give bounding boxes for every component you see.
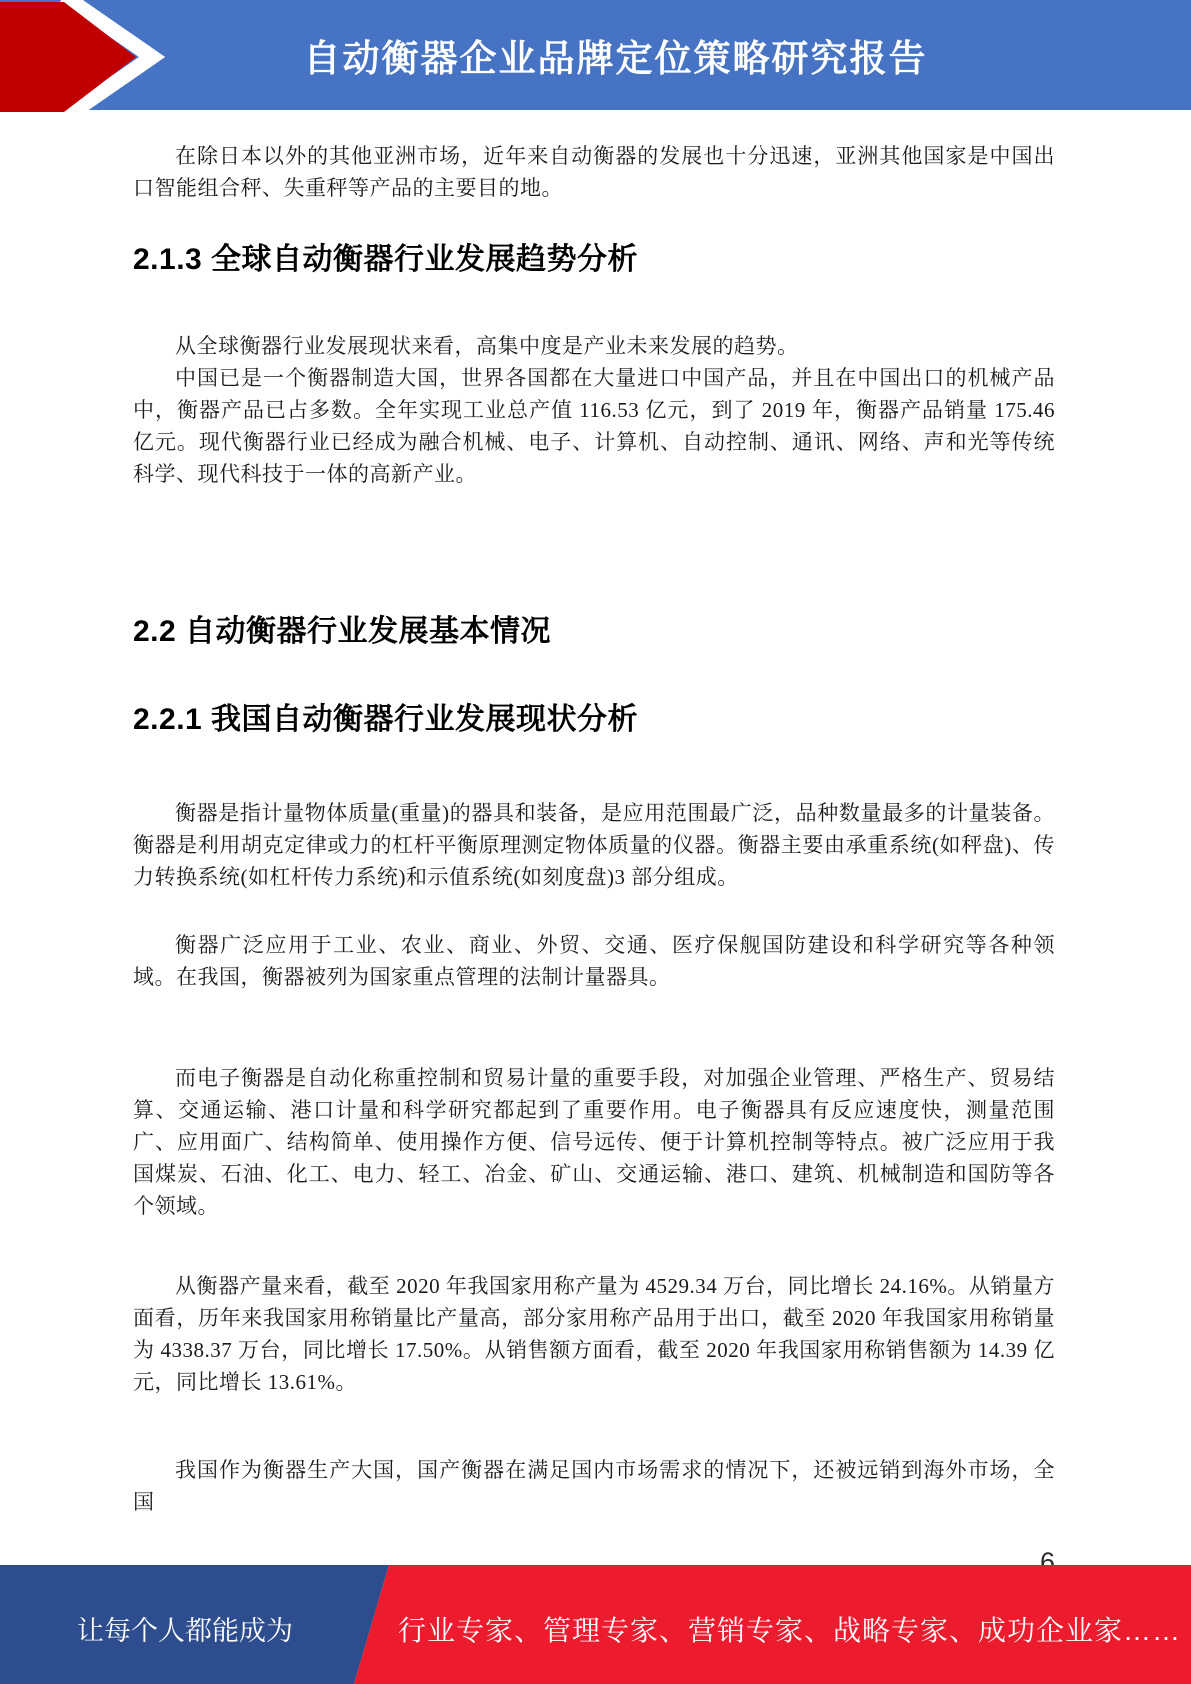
paragraph-application: 衡器广泛应用于工业、农业、商业、外贸、交通、医疗保舰国防建设和科学研究等各种领域… <box>133 929 1055 993</box>
paragraph-trend: 从全球衡器行业发展现状来看，高集中度是产业未来发展的趋势。 <box>133 330 1055 362</box>
footer-banner: 让每个人都能成为 行业专家、管理专家、营销专家、战略专家、成功企业家…… <box>0 1565 1191 1684</box>
footer-slogan-right: 行业专家、管理专家、营销专家、战略专家、成功企业家…… <box>398 1565 1191 1684</box>
heading-2-2-1: 2.2.1 我国自动衡器行业发展现状分析 <box>133 698 1055 742</box>
header-banner: 自动衡器企业品牌定位策略研究报告 <box>0 0 1191 110</box>
footer-slogan-left: 让每个人都能成为 <box>0 1565 370 1684</box>
paragraph-intro: 在除日本以外的其他亚洲市场，近年来自动衡器的发展也十分迅速，亚洲其他国家是中国出… <box>133 140 1055 204</box>
report-title: 自动衡器企业品牌定位策略研究报告 <box>160 0 1071 110</box>
paragraph-block-global: 从全球衡器行业发展现状来看，高集中度是产业未来发展的趋势。 中国已是一个衡器制造… <box>133 330 1055 490</box>
paragraph-electronic: 而电子衡器是自动化称重控制和贸易计量的重要手段，对加强企业管理、严格生产、贸易结… <box>133 1062 1055 1222</box>
paragraph-definition: 衡器是指计量物体质量(重量)的器具和装备，是应用范围最广泛，品种数量最多的计量装… <box>133 797 1055 893</box>
report-page: 自动衡器企业品牌定位策略研究报告 在除日本以外的其他亚洲市场，近年来自动衡器的发… <box>0 0 1191 1684</box>
paragraph-china: 中国已是一个衡器制造大国，世界各国都在大量进口中国产品，并且在中国出口的机械产品… <box>133 362 1055 490</box>
heading-2-1-3: 2.1.3 全球自动衡器行业发展趋势分析 <box>133 238 1055 282</box>
paragraph-export: 我国作为衡器生产大国，国产衡器在满足国内市场需求的情况下，还被远销到海外市场，全… <box>133 1454 1055 1518</box>
heading-2-2: 2.2 自动衡器行业发展基本情况 <box>133 610 1055 654</box>
red-arrow-icon <box>0 0 170 118</box>
document-body: 在除日本以外的其他亚洲市场，近年来自动衡器的发展也十分迅速，亚洲其他国家是中国出… <box>0 110 1191 1578</box>
paragraph-output: 从衡器产量来看，截至 2020 年我国家用称产量为 4529.34 万台，同比增… <box>133 1270 1055 1398</box>
